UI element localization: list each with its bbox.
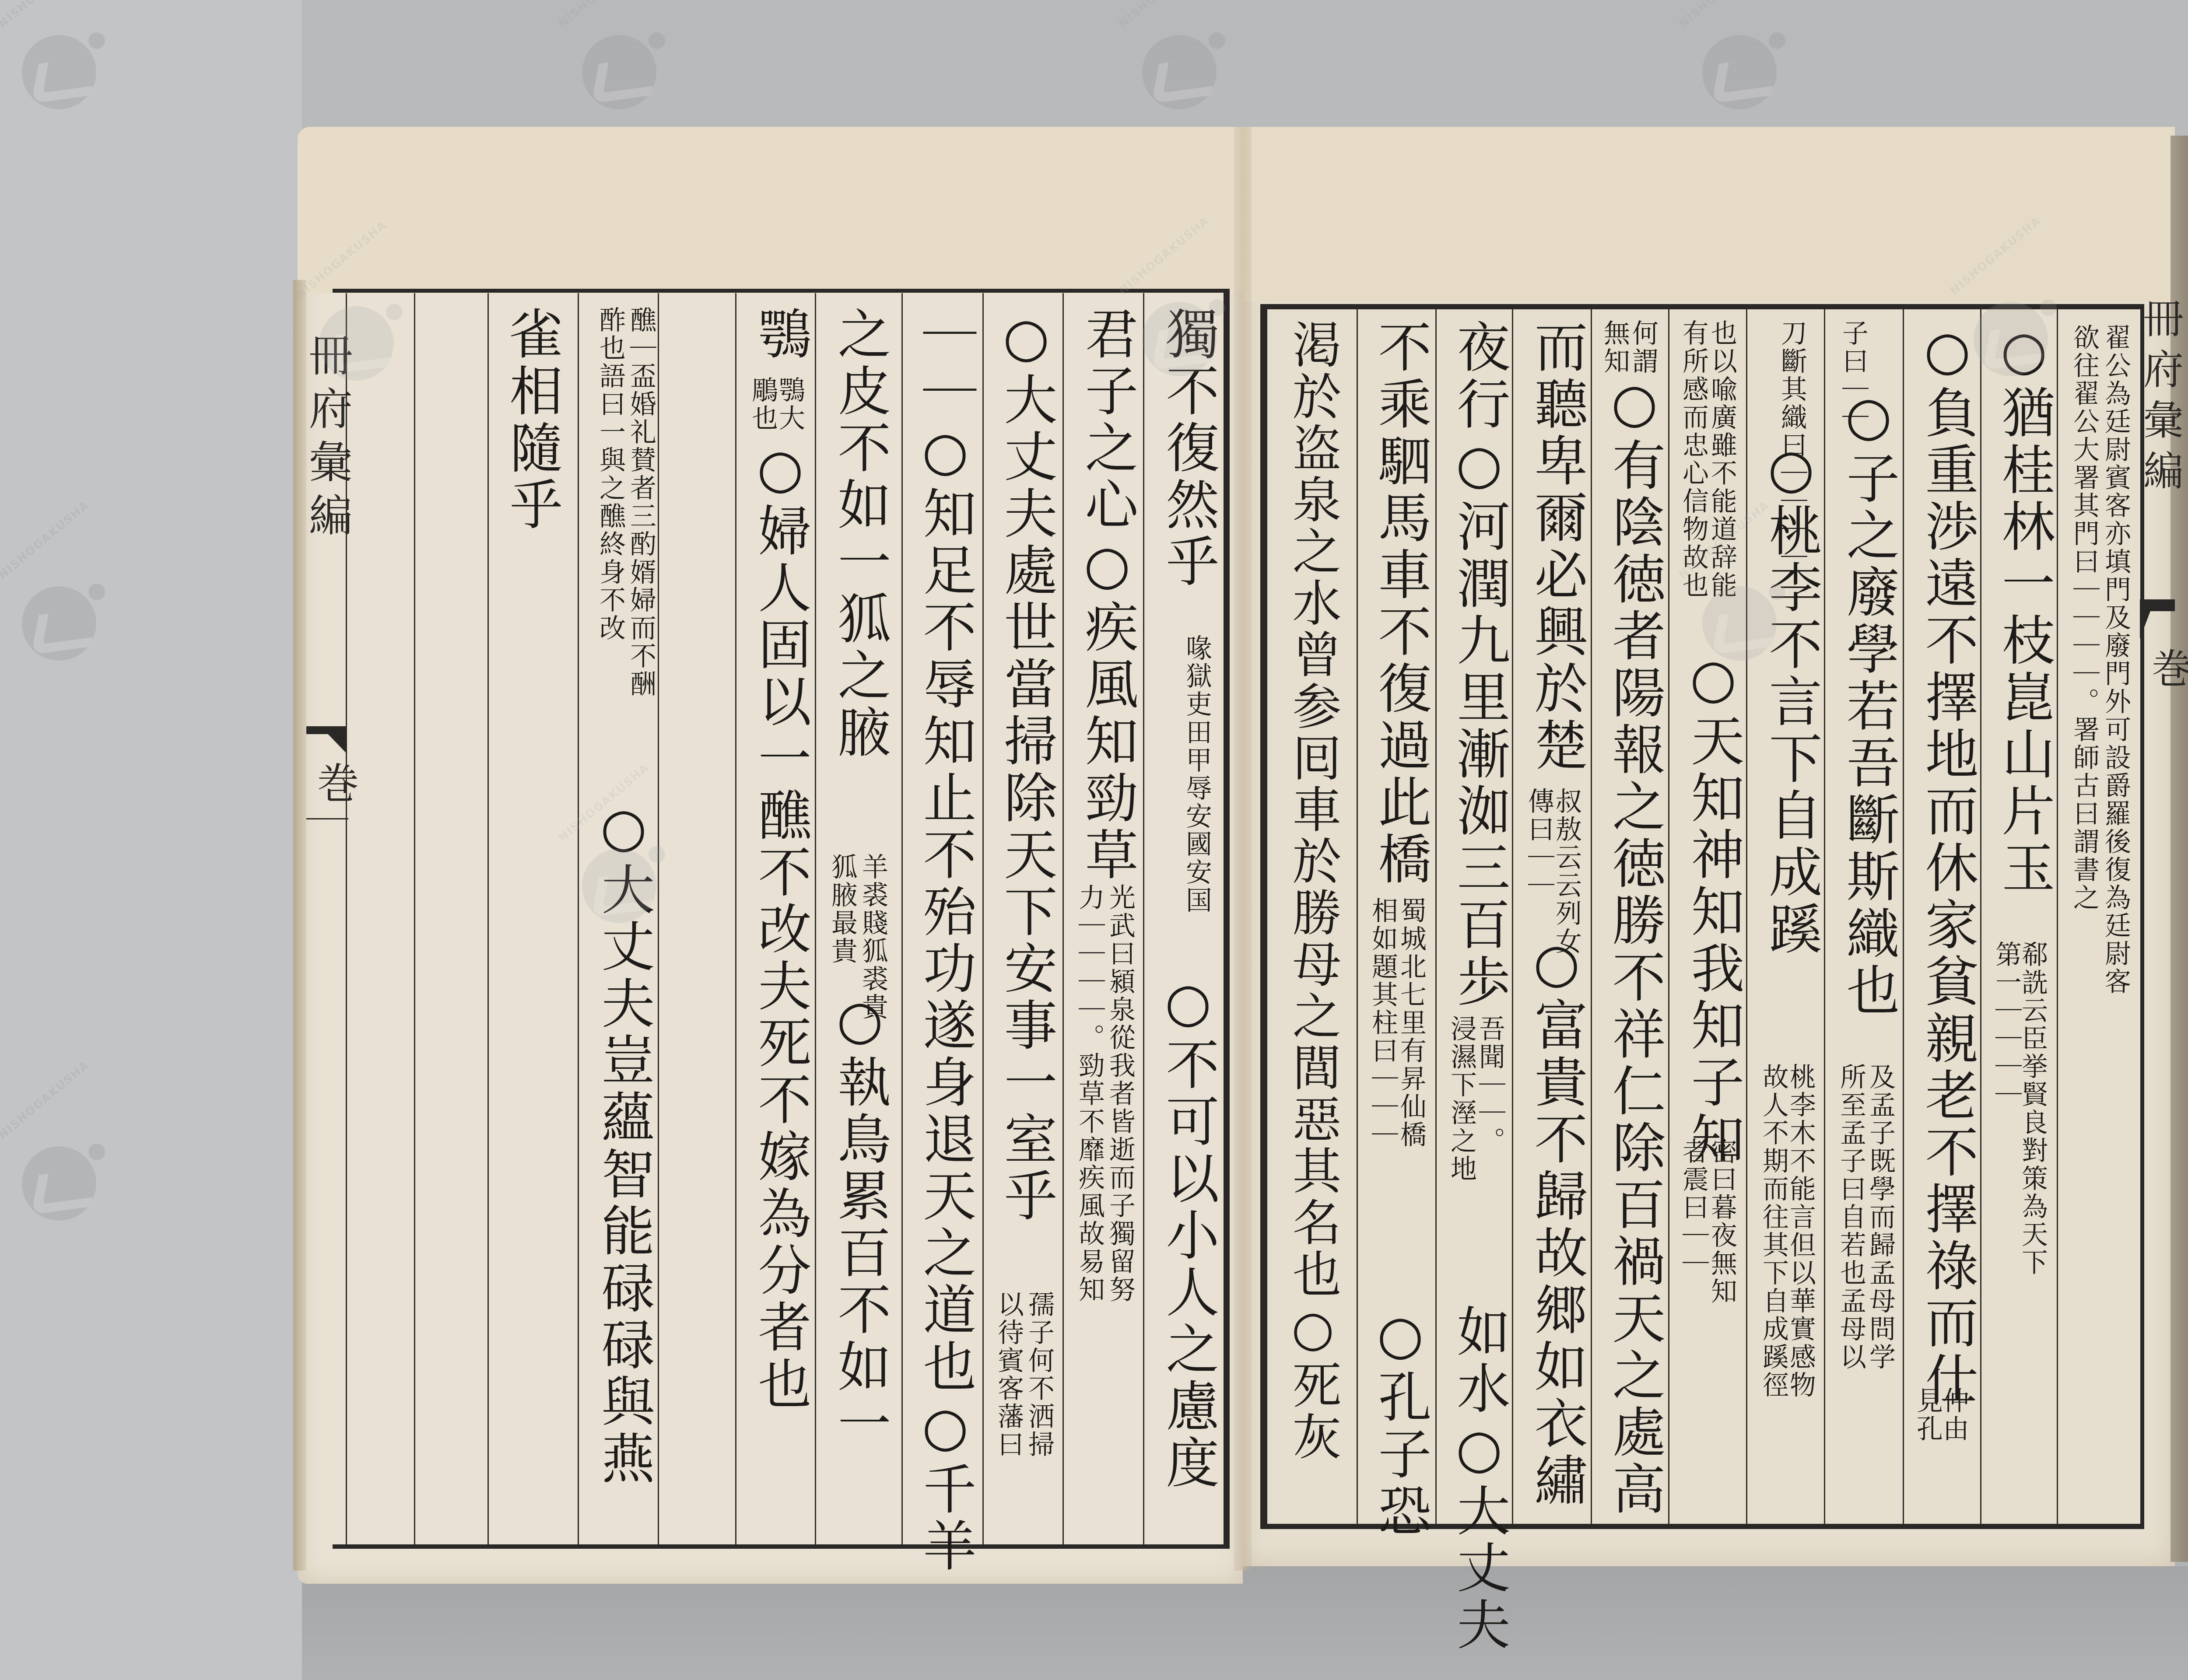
right-col-5-note-c: 故人不期而往其下自成蹊徑	[1758, 1063, 1789, 1399]
column-rule	[1062, 293, 1064, 1544]
column-rule	[1512, 308, 1513, 1525]
column-rule	[1435, 308, 1437, 1525]
left-col-8-main: 雀相隨乎	[499, 306, 565, 534]
column-rule	[578, 293, 579, 1544]
left-col-6-note-b: 鵰也	[747, 376, 778, 432]
left-col-3-note-b: 以待賓客藩曰	[993, 1291, 1024, 1459]
right-col-8-main: 而聽卑爾必興於楚	[1524, 319, 1589, 774]
left-col-1-main: 獨不復然乎	[1155, 306, 1221, 591]
right-col-3-note-a: 仲由	[1939, 1387, 1969, 1443]
right-col-10-main2: ○孔子恐	[1367, 1304, 1433, 1540]
left-col-3-main: ○大丈夫處世當掃除天下安事一室乎	[993, 306, 1059, 1225]
right-col-9-note-a: 吾聞｜｜。	[1475, 1015, 1505, 1155]
right-col-10-note-a: 蜀城北七里有昇仙橋	[1396, 897, 1427, 1149]
hashira-divider	[306, 818, 348, 819]
column-rule	[487, 293, 489, 1544]
right-col-6-note-d: 者震曰｜｜	[1678, 1137, 1709, 1277]
column-rule	[346, 293, 347, 1544]
left-hashira: 冊府彙編 巻	[306, 293, 346, 1256]
right-col-1-note-a: 翟公為廷尉賓客亦填門及廢門外可設爵羅後復為廷尉客	[2100, 324, 2131, 996]
left-col-1-main2: ○不可以小人之慮度	[1155, 971, 1221, 1492]
column-rule	[658, 293, 659, 1544]
right-col-5-main: ○桃李不言下自成蹊	[1758, 437, 1824, 958]
left-col-7-main: ○大丈夫豈蘊智能碌碌與燕	[591, 796, 656, 1487]
right-col-6-note-c: 密曰暮夜無知	[1707, 1137, 1737, 1305]
right-col-8-main2: ○富貴不歸故郷如衣繡	[1524, 932, 1589, 1509]
left-page-top-margin	[298, 127, 1243, 293]
hashira-volume: 巻	[2140, 647, 2188, 696]
column-rule	[1143, 293, 1144, 1544]
book-gutter	[1234, 127, 1252, 1571]
column-rule	[1357, 308, 1358, 1525]
right-col-8-note-b: 傳曰｜｜	[1524, 787, 1554, 899]
left-col-1-note: 喙獄吏田甲辱安國安国	[1182, 634, 1212, 914]
column-rule	[901, 293, 903, 1544]
right-col-9-note-b: 浸濕下溼之地	[1446, 1015, 1477, 1183]
right-col-11-main: 渇於盗泉之水曾参囘車於勝母之閭惡其名也○死灰	[1282, 319, 1343, 1463]
right-col-7-note-b: 無知	[1599, 319, 1630, 375]
fishtail-mark-icon	[306, 726, 346, 752]
left-col-6-main2: ○婦人固以一醮不改夫死不嫁為分者也	[747, 437, 813, 1413]
column-rule	[735, 293, 736, 1544]
right-col-4-main: ○子之廢學若吾斷斯織也	[1836, 385, 1901, 1019]
column-rule	[1824, 308, 1825, 1525]
left-col-7-note-b: 酢也語曰一與之醮終身不改	[595, 306, 626, 642]
right-col-10-main: 不乘駟馬車不復過此橋	[1367, 319, 1433, 888]
column-rule	[1668, 308, 1669, 1525]
column-rule	[982, 293, 984, 1544]
right-col-7-main: ○有陰徳者陽報之徳勝不祥仁除百禍天之處高	[1602, 372, 1667, 1518]
hashira-title: 冊府彙編	[303, 332, 351, 546]
right-col-3-note-b: 見孔	[1912, 1387, 1943, 1443]
left-col-2-note-b: 力｜｜｜｜。勁草不靡疾風故易知	[1074, 884, 1105, 1304]
right-col-4-note-b: 及孟子既學而歸孟母問学	[1865, 1063, 1896, 1371]
right-col-10-note-b: 相如題其柱曰｜｜｜	[1367, 897, 1398, 1149]
column-rule	[1746, 308, 1747, 1525]
left-col-5-main2: ○執鳥累百不如一	[827, 989, 893, 1452]
right-hashira: 冊府彙編 巻	[2140, 284, 2175, 1159]
background-left	[0, 0, 302, 1680]
left-col-2-main: 君子之心○疾風知勁草	[1074, 306, 1140, 884]
right-col-2-main: ○猶桂林一枝崑山片玉	[1991, 319, 2057, 897]
column-rule	[815, 293, 816, 1544]
column-rule	[1980, 308, 1981, 1525]
column-rule	[1591, 308, 1592, 1525]
left-col-5-main: 之皮不如一狐之腋	[827, 306, 893, 761]
hashira-volume: 巻	[306, 761, 363, 811]
column-rule	[1903, 308, 1904, 1525]
right-col-9-main: 夜行○河潤九里漸洳三百歩	[1446, 319, 1512, 1011]
hashira-title: 冊府彙編	[2137, 297, 2183, 500]
left-col-4-main: ｜｜○知足不辱知止不殆功遂身退天之道也○千羊	[912, 306, 978, 1575]
column-rule	[2057, 308, 2058, 1525]
right-col-5-note-b: 桃李木不能言但以華實感物	[1785, 1063, 1816, 1399]
right-col-8-note-a: 叔敖云云列女	[1551, 787, 1582, 955]
left-col-5-note-b: 狐腋最貴	[827, 853, 858, 965]
left-col-3-note-a: 孺子何不洒掃	[1024, 1291, 1055, 1459]
right-col-4-note-c: 所至孟子曰自若也孟母以	[1836, 1063, 1866, 1371]
right-col-2-note-a: 郗詵云臣挙賢良對策為天下	[2017, 941, 2048, 1277]
column-rule	[414, 293, 415, 1544]
right-col-9-main2: 如水○大丈夫	[1446, 1304, 1512, 1654]
left-col-7-note-a: 醮｜盃婚礼賛者三酌婿婦而不酬	[626, 306, 656, 698]
right-col-2-note-b: 第一｜｜｜｜	[1991, 941, 2022, 1109]
fishtail-mark-icon	[2140, 599, 2175, 639]
right-col-6-note-b: 有所感而忠心信物故也	[1678, 319, 1709, 599]
left-col-2-note-a: 光武曰潁泉從我者皆逝而子獨留努	[1105, 884, 1136, 1304]
right-col-6-main: ○天知神知我知子知	[1680, 647, 1746, 1168]
right-col-1-note-b: 欲往翟公大署其門曰｜｜｜｜。署師古曰謂書之	[2069, 324, 2100, 912]
right-col-6-note-a: 也以喩廣雖不能道辞能	[1707, 319, 1737, 599]
left-col-6-note-a: 鶚大	[775, 376, 805, 432]
right-col-3-main: ○負重渉遠不擇地而休家貧親老不擇祿而仕	[1914, 319, 1980, 1409]
right-page-top-margin	[1243, 127, 2175, 302]
right-col-7-note-a: 何謂	[1628, 319, 1659, 375]
left-col-6-main: 鶚	[747, 306, 813, 363]
